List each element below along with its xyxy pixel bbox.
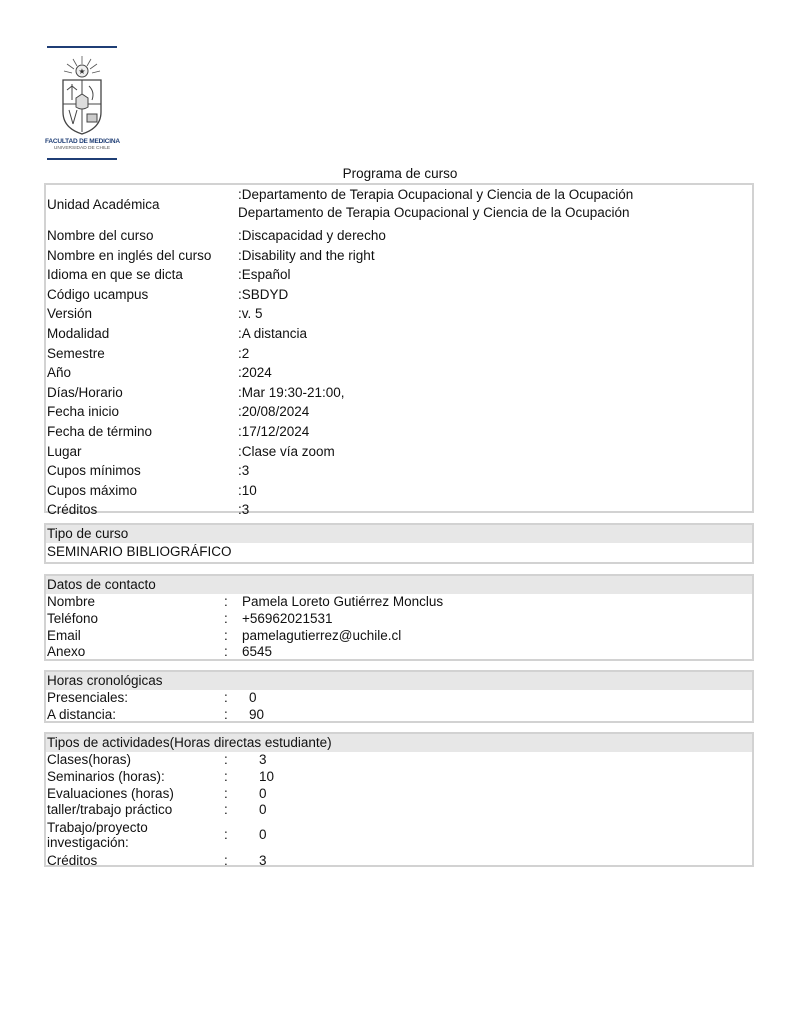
info-label: Cupos mínimos <box>47 461 141 481</box>
info-row-unidad-academica: Unidad Académica :Departamento de Terapi… <box>46 186 752 226</box>
university-crest-icon: ★ <box>59 54 105 138</box>
actividad-row-evaluaciones: Evaluaciones (horas):0 <box>46 786 752 803</box>
row-value: pamelagutierrez@uchile.cl <box>242 628 401 645</box>
info-value: :2024 <box>238 363 272 383</box>
info-label: Días/Horario <box>47 383 123 403</box>
tipo-curso-value: SEMINARIO BIBLIOGRÁFICO <box>46 543 752 561</box>
row-label: Anexo <box>47 644 85 661</box>
horas-row-distancia: A distancia::90 <box>46 707 752 724</box>
row-label: Presenciales: <box>47 690 128 707</box>
actividad-row-seminarios: Seminarios (horas)::10 <box>46 769 752 786</box>
info-value: :Disability and the right <box>238 246 375 266</box>
row-value: 0 <box>259 827 267 844</box>
info-label: Cupos máximo <box>47 481 137 501</box>
row-value: +56962021531 <box>242 611 332 628</box>
info-value: :10 <box>238 481 257 501</box>
section-header: Datos de contacto <box>46 576 752 594</box>
row-colon: : <box>224 786 228 803</box>
info-row-version: Versión:v. 5 <box>46 304 752 324</box>
info-row-cupos-minimos: Cupos mínimos:3 <box>46 461 752 481</box>
contacto-section: Datos de contacto Nombre:Pamela Loreto G… <box>44 574 754 661</box>
row-value: Pamela Loreto Gutiérrez Monclus <box>242 594 443 611</box>
tipo-curso-section: Tipo de curso SEMINARIO BIBLIOGRÁFICO <box>44 523 754 564</box>
row-label-line1: Trabajo/proyecto <box>47 820 148 835</box>
row-label: Teléfono <box>47 611 98 628</box>
row-value: 6545 <box>242 644 272 661</box>
info-row-horario: Días/Horario:Mar 19:30-21:00, <box>46 383 752 403</box>
faculty-name: FACULTAD DE MEDICINA <box>45 138 119 145</box>
row-colon: : <box>224 752 228 769</box>
row-colon: : <box>224 628 228 645</box>
info-value: :Discapacidad y derecho <box>238 226 386 246</box>
actividad-row-taller: taller/trabajo práctico:0 <box>46 802 752 819</box>
row-label-line2: investigación: <box>47 835 129 850</box>
row-value: 10 <box>259 769 274 786</box>
info-label: Nombre del curso <box>47 226 154 246</box>
info-label: Fecha de término <box>47 422 152 442</box>
info-row-cupos-maximo: Cupos máximo:10 <box>46 481 752 501</box>
info-row-codigo: Código ucampus:SBDYD <box>46 285 752 305</box>
info-label: Nombre en inglés del curso <box>47 246 211 266</box>
info-value: :A distancia <box>238 324 307 344</box>
info-label: Semestre <box>47 344 105 364</box>
contacto-row-nombre: Nombre:Pamela Loreto Gutiérrez Monclus <box>46 594 752 611</box>
row-label: Nombre <box>47 594 95 611</box>
info-row-idioma: Idioma en que se dicta:Español <box>46 265 752 285</box>
row-label: taller/trabajo práctico <box>47 802 172 819</box>
row-label: Trabajo/proyectoinvestigación: <box>47 820 148 850</box>
info-value: :Español <box>238 265 291 285</box>
horas-row-presenciales: Presenciales::0 <box>46 690 752 707</box>
info-row-fecha-termino: Fecha de término:17/12/2024 <box>46 422 752 442</box>
info-value: :20/08/2024 <box>238 402 309 422</box>
info-row-creditos: Créditos:3 <box>46 500 752 520</box>
info-row-anio: Año:2024 <box>46 363 752 383</box>
info-value: :2 <box>238 344 249 364</box>
row-colon: : <box>224 594 228 611</box>
faculty-logo: ★ FACULTAD DE MEDICINA UNIVERSIDAD DE CH… <box>47 46 117 160</box>
row-label: A distancia: <box>47 707 116 724</box>
info-value: :3 <box>238 461 249 481</box>
info-label: Unidad Académica <box>47 195 160 215</box>
row-label: Evaluaciones (horas) <box>47 786 174 803</box>
info-value: :Mar 19:30-21:00, <box>238 383 345 403</box>
contacto-row-email: Email:pamelagutierrez@uchile.cl <box>46 628 752 645</box>
logo-bottom-bar <box>47 158 117 160</box>
page-title: Programa de curso <box>0 166 800 181</box>
row-label: Seminarios (horas): <box>47 769 165 786</box>
info-row-fecha-inicio: Fecha inicio:20/08/2024 <box>46 402 752 422</box>
actividad-row-creditos: Créditos:3 <box>46 853 752 870</box>
row-colon: : <box>224 644 228 661</box>
row-colon: : <box>224 802 228 819</box>
info-label: Código ucampus <box>47 285 148 305</box>
row-colon: : <box>224 769 228 786</box>
course-info-table: Unidad Académica :Departamento de Terapi… <box>44 183 754 513</box>
info-value: :17/12/2024 <box>238 422 309 442</box>
info-label: Créditos <box>47 500 97 520</box>
actividad-row-trabajo-proyecto: Trabajo/proyectoinvestigación: : 0 <box>46 819 752 853</box>
info-label: Año <box>47 363 71 383</box>
row-colon: : <box>224 827 228 844</box>
info-value: :3 <box>238 500 249 520</box>
section-header: Tipos de actividades(Horas directas estu… <box>46 734 752 752</box>
row-value: 3 <box>259 853 267 870</box>
row-label: Créditos <box>47 853 97 870</box>
section-header: Tipo de curso <box>46 525 752 543</box>
info-value: :Clase vía zoom <box>238 442 335 462</box>
row-value: 0 <box>249 690 257 707</box>
row-value: 0 <box>259 802 267 819</box>
info-value-line1: :Departamento de Terapia Ocupacional y C… <box>238 187 633 202</box>
row-label: Email <box>47 628 81 645</box>
logo-top-bar <box>47 46 117 48</box>
svg-text:★: ★ <box>78 67 85 76</box>
info-row-nombre-ingles: Nombre en inglés del curso:Disability an… <box>46 246 752 266</box>
university-name: UNIVERSIDAD DE CHILE <box>45 146 119 151</box>
info-row-lugar: Lugar:Clase vía zoom <box>46 442 752 462</box>
actividades-section: Tipos de actividades(Horas directas estu… <box>44 732 754 867</box>
info-row-nombre-curso: Nombre del curso:Discapacidad y derecho <box>46 226 752 246</box>
info-label: Versión <box>47 304 92 324</box>
info-value: :Departamento de Terapia Ocupacional y C… <box>238 186 633 222</box>
info-label: Fecha inicio <box>47 402 119 422</box>
contacto-row-anexo: Anexo:6545 <box>46 644 752 661</box>
info-value-line2: Departamento de Terapia Ocupacional y Ci… <box>238 205 630 220</box>
row-colon: : <box>224 611 228 628</box>
contacto-row-telefono: Teléfono:+56962021531 <box>46 611 752 628</box>
info-row-modalidad: Modalidad:A distancia <box>46 324 752 344</box>
info-value: :v. 5 <box>238 304 263 324</box>
row-value: 3 <box>259 752 267 769</box>
horas-section: Horas cronológicas Presenciales::0 A dis… <box>44 670 754 723</box>
row-value: 90 <box>249 707 264 724</box>
section-header: Horas cronológicas <box>46 672 752 690</box>
row-value: 0 <box>259 786 267 803</box>
row-label: Clases(horas) <box>47 752 131 769</box>
info-label: Idioma en que se dicta <box>47 265 183 285</box>
row-colon: : <box>224 690 228 707</box>
info-value: :SBDYD <box>238 285 288 305</box>
info-label: Modalidad <box>47 324 109 344</box>
row-colon: : <box>224 707 228 724</box>
info-label: Lugar <box>47 442 82 462</box>
info-row-semestre: Semestre:2 <box>46 344 752 364</box>
actividad-row-clases: Clases(horas):3 <box>46 752 752 769</box>
row-colon: : <box>224 853 228 870</box>
